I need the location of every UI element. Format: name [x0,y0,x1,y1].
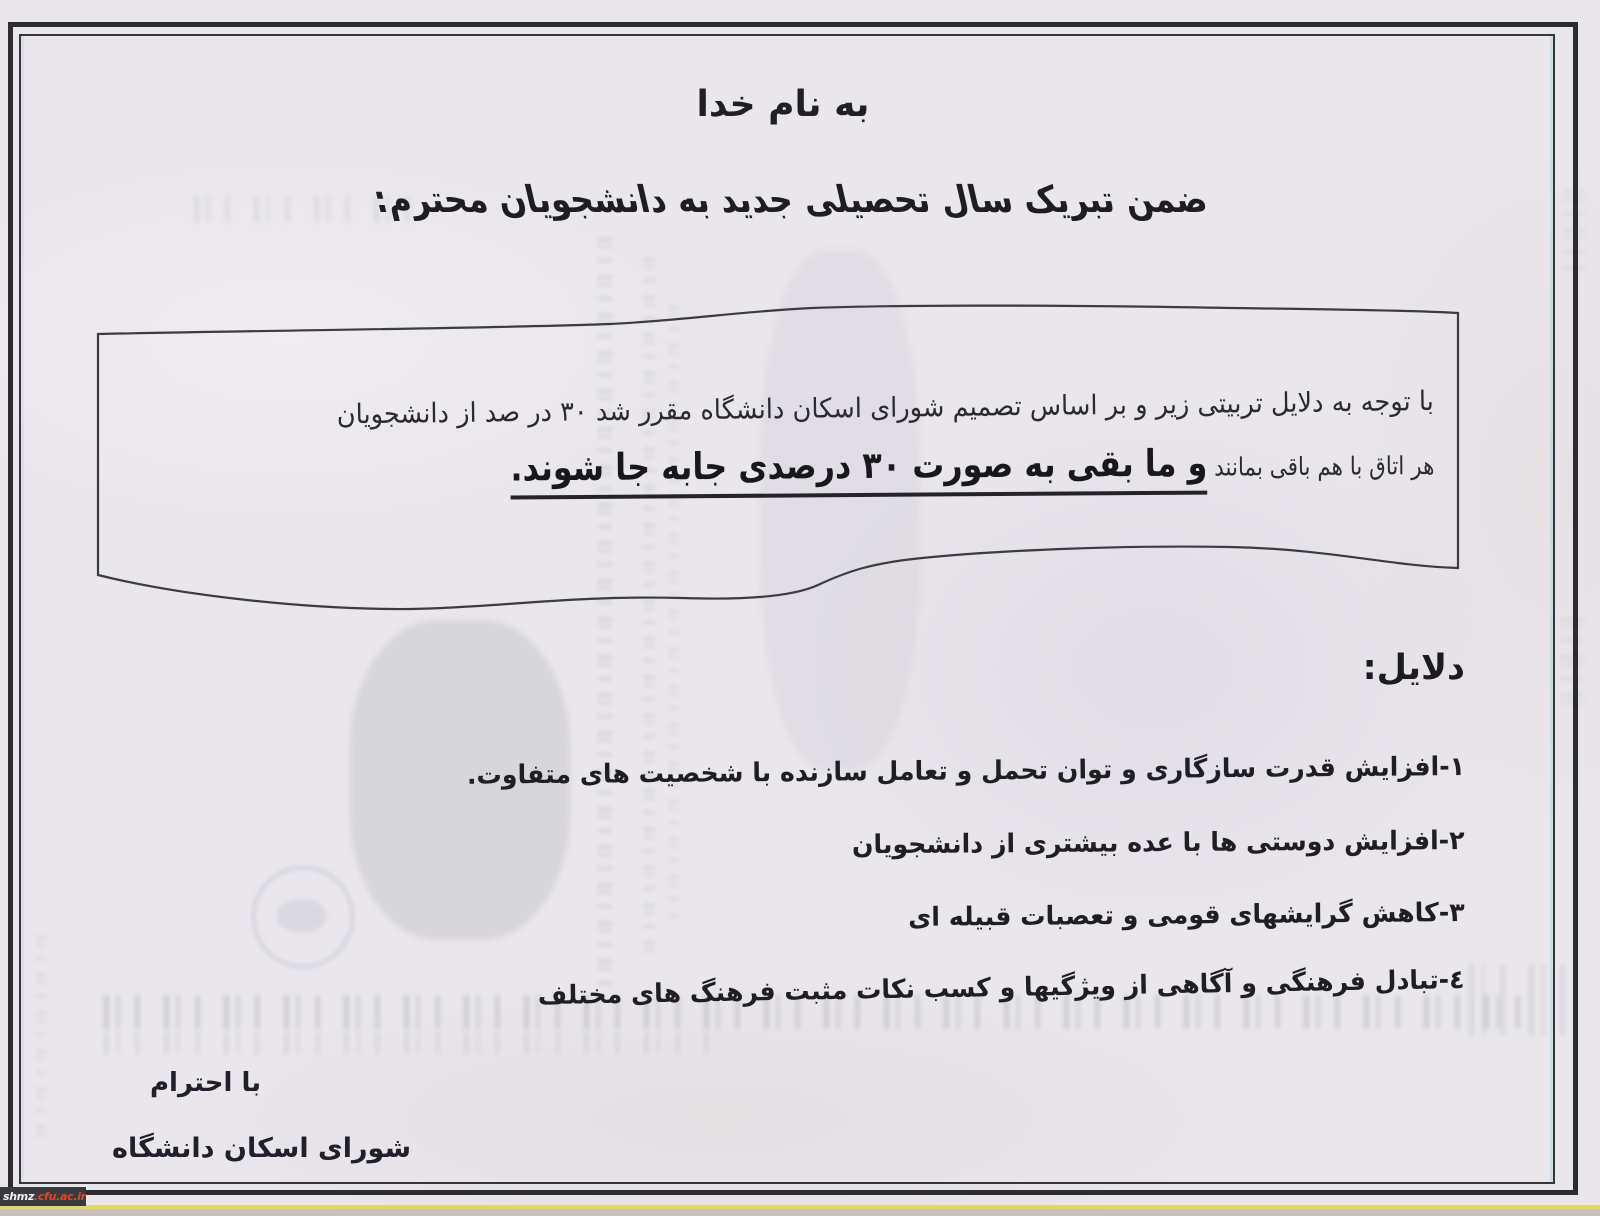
reason-item-2-text: ۲-افزایش دوستی ها با عده بیشتری از دانشج… [852,826,1465,860]
reason-item-3: ۳-کاهش گرایشهای قومی و تعصبات قبیله ای [891,898,1465,928]
scanned-notice-page: به نام خدا ضمن تبریک سال تحصیلی جدید به … [0,0,1600,1216]
reason-item-3-text: ۳-کاهش گرایشهای قومی و تعصبات قبیله ای [908,898,1465,933]
notice-line-2-bold-underlined: و ما بقی به صورت ۳۰ درصدی جابه جا شوند. [510,442,1207,500]
greeting-heading: ضمن تبریک سال تحصیلی جدید به دانشجویان م… [140,178,1440,221]
scan-edge-gray-strip [0,1209,1600,1216]
reason-item-1: ۱-افزایش قدرت سازگاری و توان تحمل و تعام… [436,752,1465,782]
watermark-suffix: .cfu.ac.ir [34,1190,86,1203]
reasons-title: دلایل: [1363,648,1465,688]
greeting-text: ضمن تبریک سال تحصیلی جدید به دانشجویان م… [369,178,1211,221]
notice-line-2-regular: هر اتاق با هم باقی بمانند [1207,451,1434,482]
site-watermark: shmz.cfu.ac.ir [0,1187,86,1206]
bismillah-heading: به نام خدا [583,84,983,125]
notice-line-2: هر اتاق با هم باقی بمانند و ما بقی به صو… [360,440,1434,483]
signature-council: شورای اسکان دانشگاه [112,1133,411,1164]
watermark-prefix: shmz [3,1190,34,1203]
reason-item-4: ٤-تبادل فرهنگی و آگاهی از ویژگیها و کسب … [509,965,1465,995]
reason-item-2: ۲-افزایش دوستی ها با عده بیشتری از دانشج… [833,826,1465,856]
notice-line-1: با توجه به دلایل تربیتی زیر و بر اساس تص… [279,386,1434,417]
signature-respect: با احترام [150,1068,261,1098]
